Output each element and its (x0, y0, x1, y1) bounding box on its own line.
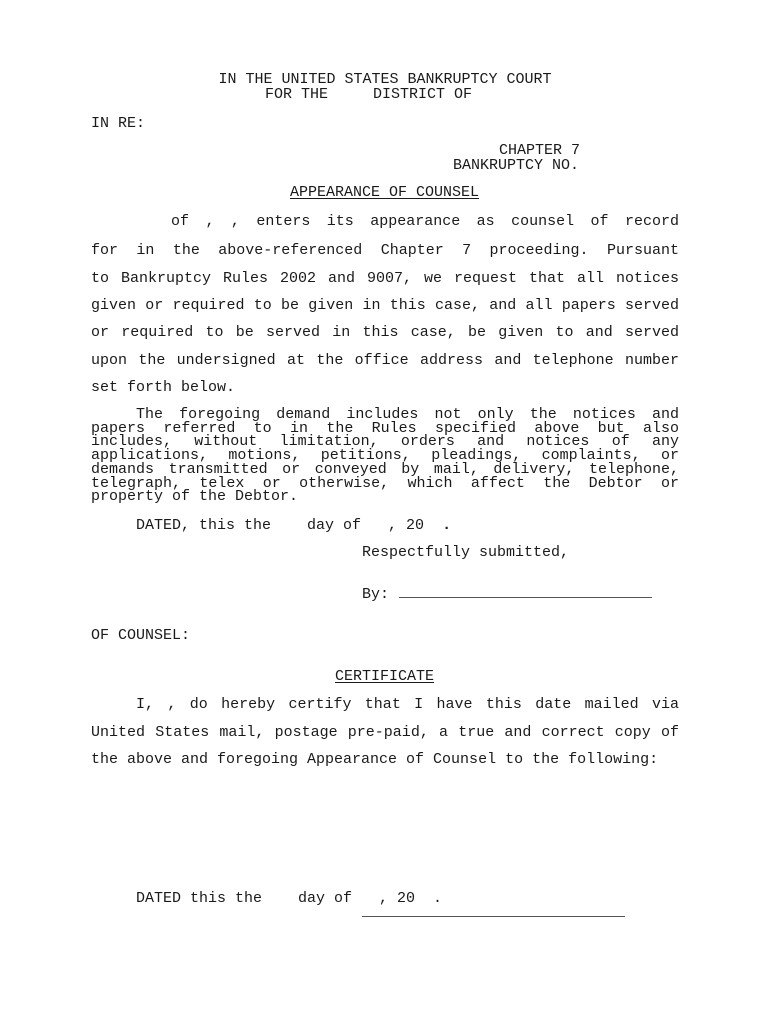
body-line: of , , enters its appearance as counsel … (171, 214, 679, 229)
body-line: upon the undersigned at the office addre… (91, 353, 679, 368)
bankruptcy-no-label: BANKRUPTCY NO. (453, 158, 579, 173)
dated-line: DATED, this the day of , 20 . (136, 518, 451, 533)
body-line: for in the above-referenced Chapter 7 pr… (91, 243, 679, 258)
document-page: IN THE UNITED STATES BANKRUPTCY COURT FO… (0, 0, 770, 1024)
dated-period: . (442, 517, 451, 534)
body-line: set forth below. (91, 380, 235, 395)
chapter-label: CHAPTER 7 (499, 143, 580, 158)
certificate-line: the above and foregoing Appearance of Co… (91, 752, 658, 767)
in-re-label: IN RE: (91, 116, 145, 131)
body-line: to Bankruptcy Rules 2002 and 9007, we re… (91, 271, 679, 286)
body-line: or required to be served in this case, b… (91, 325, 679, 340)
certificate-line: United States mail, postage pre-paid, a … (91, 725, 679, 740)
body-line: given or required to be given in this ca… (91, 298, 679, 313)
respectfully-submitted: Respectfully submitted, (362, 545, 569, 560)
of-counsel-label: OF COUNSEL: (91, 628, 190, 643)
certificate-title: CERTIFICATE (335, 669, 434, 684)
dated-text: DATED, this the day of , 20 (136, 517, 442, 534)
demand-line: property of the Debtor. (91, 489, 298, 504)
court-name: IN THE UNITED STATES BANKRUPTCY COURT (0, 72, 770, 87)
certificate-signature-line[interactable] (362, 916, 625, 917)
certificate-dated-line: DATED this the day of , 20 . (136, 891, 442, 906)
by-label: By: (362, 587, 389, 602)
certificate-line: I, , do hereby certify that I have this … (136, 697, 679, 712)
signature-line[interactable] (399, 597, 652, 598)
court-district: FOR THE DISTRICT OF (265, 87, 472, 102)
document-title: APPEARANCE OF COUNSEL (290, 185, 479, 200)
